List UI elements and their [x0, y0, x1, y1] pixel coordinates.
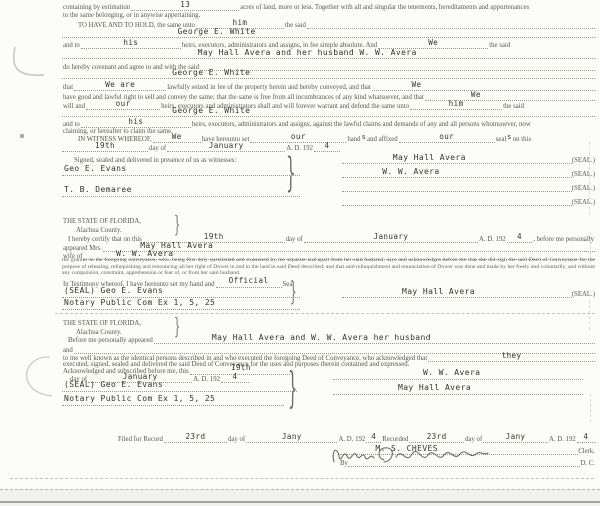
state-label: THE STATE OF FLORIDA,	[63, 320, 141, 327]
we-value: We	[411, 81, 421, 89]
grantee-name: George E. White	[172, 107, 250, 115]
signature-blank	[342, 180, 572, 192]
form-text: Filed for Record	[118, 436, 163, 443]
notary-signature-line-1: (SEAL) Geo E. Evans	[62, 286, 300, 298]
witness-name: T. B. Demaree	[64, 186, 132, 194]
witnesses-label: Signed, sealed and delivered in presence…	[74, 157, 236, 164]
month-value: January	[373, 233, 408, 241]
his-value: his	[123, 39, 138, 47]
form-text: to the same belonging, or in anywise app…	[63, 12, 200, 19]
day-value: 19th	[95, 142, 115, 150]
signature-blank	[342, 194, 572, 206]
clerk-signature-scrawl	[328, 438, 498, 470]
signer-name: May Hall Avera	[393, 154, 466, 162]
next-page-band	[0, 489, 600, 506]
form-text: , before me personally	[533, 236, 594, 243]
grantors-names: May Hall Avera and her husband W. W. Ave…	[198, 49, 417, 57]
form-text: seal	[496, 136, 507, 143]
seal-label: (SEAL.)	[572, 185, 595, 192]
county-line-1: Alachua County.	[62, 225, 595, 234]
binding-mark	[589, 142, 590, 214]
our-blank2: our	[250, 134, 346, 143]
seal-row-3: (SEAL.)	[342, 180, 595, 192]
form-text: I hereby certify that on this	[68, 236, 142, 243]
form-text: lawfully seized in fee of the property h…	[167, 84, 371, 91]
heirs-blank: his	[81, 40, 181, 49]
filed-month: Jany	[282, 433, 302, 441]
signer-name: W. W. Avera	[382, 168, 439, 176]
form-text: day of	[149, 145, 166, 152]
name-blank: George E. White	[62, 108, 595, 117]
filed-month-blank: Jany	[246, 434, 337, 443]
day-value: 19th	[204, 233, 224, 241]
seal-plural-s: s	[507, 134, 512, 141]
page-edge-dotted-2	[0, 489, 600, 490]
ack-brace: }	[288, 363, 297, 412]
signer-name: May Hall Avera	[402, 288, 475, 296]
before-appeared-line: Before me personally appeared May Hall A…	[62, 335, 595, 344]
month-blank: January	[167, 143, 285, 152]
to-have-line: TO HAVE AND TO HOLD, the same unto him t…	[62, 20, 595, 29]
seal-label: (SEAL.)	[572, 157, 595, 164]
form-text: and to	[63, 42, 80, 49]
rec-year-blank: 4	[577, 434, 595, 443]
binding-mark	[590, 394, 591, 422]
witnesses-label-line: Signed, sealed and delivered in presence…	[62, 155, 302, 164]
form-text: the said	[489, 42, 510, 49]
seal-label: (SEAL.)	[572, 291, 595, 298]
seal-row-4: (SEAL.)	[342, 194, 595, 206]
day-blank: 19th	[62, 143, 148, 152]
seal-row-2: W. W. Avera (SEAL.)	[342, 166, 595, 178]
his-value: his	[128, 118, 143, 126]
appertaining-line: to the same belonging, or in anywise app…	[62, 10, 595, 19]
persons-names: May Hall Avera and W. W. Avera her husba…	[212, 334, 431, 342]
filed-day-blank: 23rd	[164, 434, 227, 443]
signer-name: May Hall Avera	[398, 384, 471, 392]
state-label: THE STATE OF FLORIDA,	[63, 218, 141, 225]
form-text: that	[63, 84, 73, 91]
seal-label: (SEAL.)	[572, 199, 595, 206]
we-value: We	[428, 39, 438, 47]
our-value: our	[439, 133, 454, 141]
day-value: 19th	[231, 364, 251, 372]
ack-signature-1: W. W. Avera	[333, 368, 583, 380]
official-value: Official	[229, 277, 269, 285]
grantors-name-line: May Hall Avera and her husband W. W. Ave…	[62, 50, 595, 59]
year-value: 4	[325, 142, 330, 150]
grantee-name-line: George E. White	[62, 29, 595, 38]
form-text: day of	[286, 236, 303, 243]
hand-plural-s: s	[362, 134, 367, 141]
notary-signature: (SEAL) Geo E. Evans	[64, 287, 163, 295]
we-value: We	[172, 133, 182, 141]
we-blank2: We	[372, 82, 595, 91]
dower-paragraph: the grantor in the foregoing conveyance,…	[62, 257, 595, 277]
him-value: him	[449, 100, 464, 108]
binding-mark	[589, 300, 590, 330]
grantee-name: George E. White	[172, 69, 250, 77]
ack-signature-2: May Hall Avera	[333, 383, 583, 395]
grantee-name-line2: George E. White	[62, 70, 595, 79]
notary-signature-line-2: (SEAL) Geo E. Evans	[62, 380, 297, 392]
form-text: Before me personally appeared	[68, 337, 153, 344]
dower-seal-row: May Hall Avera (SEAL.)	[342, 286, 595, 298]
witness-signature-1: Geo E. Evans	[62, 164, 300, 176]
our-value: our	[291, 133, 306, 141]
state-line-2: THE STATE OF FLORIDA,	[62, 318, 595, 327]
notary-commission: Notary Public Com Ex 1, 5, 25	[64, 299, 215, 307]
month-value: January	[209, 142, 244, 150]
we-are-value: We are	[105, 81, 135, 89]
signature-blank: May Hall Avera	[342, 286, 572, 298]
seized-line: that We are lawfully seized in fee of th…	[62, 82, 595, 91]
our-value: our	[116, 100, 131, 108]
binding-mark	[590, 232, 591, 268]
dc-label: D. C.	[580, 460, 595, 467]
grantee-name: George E. White	[177, 28, 255, 36]
document-page: containing by estimation 13 acres of lan…	[0, 0, 600, 506]
state-line-1: THE STATE OF FLORIDA,	[62, 216, 595, 225]
filed-day: 23rd	[186, 433, 206, 441]
form-text: and affixed	[367, 136, 398, 143]
grantee-name-line3: George E. White	[62, 108, 595, 117]
signer-name: W. W. Avera	[423, 369, 480, 377]
form-text: day of	[228, 436, 245, 443]
form-text: A. D. 192	[549, 436, 576, 443]
notary-commission-line-1: Notary Public Com Ex 1, 5, 25	[62, 298, 300, 310]
margin-mark-top	[8, 44, 50, 86]
rec-year: 4	[583, 433, 588, 441]
notary-signature: (SEAL) Geo E. Evans	[64, 381, 163, 389]
margin-mark-bottom	[10, 352, 56, 400]
form-text: the said	[285, 22, 306, 29]
notary-commission: Notary Public Com Ex 1, 5, 25	[64, 395, 215, 403]
we-are-blank: We are	[74, 82, 166, 91]
county-label: Alachua County.	[76, 227, 122, 234]
seal-row-1: May Hall Avera (SEAL.)	[342, 152, 595, 164]
signature-blank: W. W. Avera	[342, 166, 572, 178]
persons-blank: May Hall Avera and W. W. Avera her husba…	[154, 335, 595, 344]
lawful-right-line: have good and lawful right to sell and c…	[62, 92, 595, 101]
witness-name: Geo E. Evans	[64, 165, 127, 173]
page-edge-dotted-1	[10, 478, 594, 479]
our-blank3: our	[399, 134, 495, 143]
name-blank: May Hall Avera and her husband W. W. Ave…	[62, 50, 595, 59]
acres-value: 13	[180, 1, 190, 9]
year-value: 4	[517, 233, 522, 241]
rec-month: Jany	[506, 433, 526, 441]
ink-speck	[20, 134, 24, 138]
year-blank: 4	[314, 143, 340, 152]
pronoun-value: him	[232, 19, 247, 27]
we-value: We	[471, 91, 481, 99]
witness-signature-2: T. B. Demaree	[62, 185, 300, 197]
year-blank: 4	[507, 234, 532, 243]
month-blank: January	[304, 234, 478, 243]
clerk-label: Clerk.	[578, 448, 595, 455]
form-text: on this	[513, 136, 531, 143]
form-text: A. D. 192	[479, 236, 506, 243]
name-blank: George E. White	[62, 29, 595, 38]
we-blank4: We	[153, 134, 201, 143]
signature-blank: May Hall Avera	[342, 152, 572, 164]
name-blank: George E. White	[62, 70, 595, 79]
form-text: hand	[347, 136, 360, 143]
seal-label: (SEAL.)	[572, 171, 595, 178]
section-divider	[55, 313, 595, 314]
blank-line	[307, 20, 595, 29]
notary-commission-line-2: Notary Public Com Ex 1, 5, 25	[62, 394, 284, 406]
next-page-rule	[0, 501, 600, 503]
execution-date-line: 19th day of January A. D. 192 4	[62, 143, 422, 152]
